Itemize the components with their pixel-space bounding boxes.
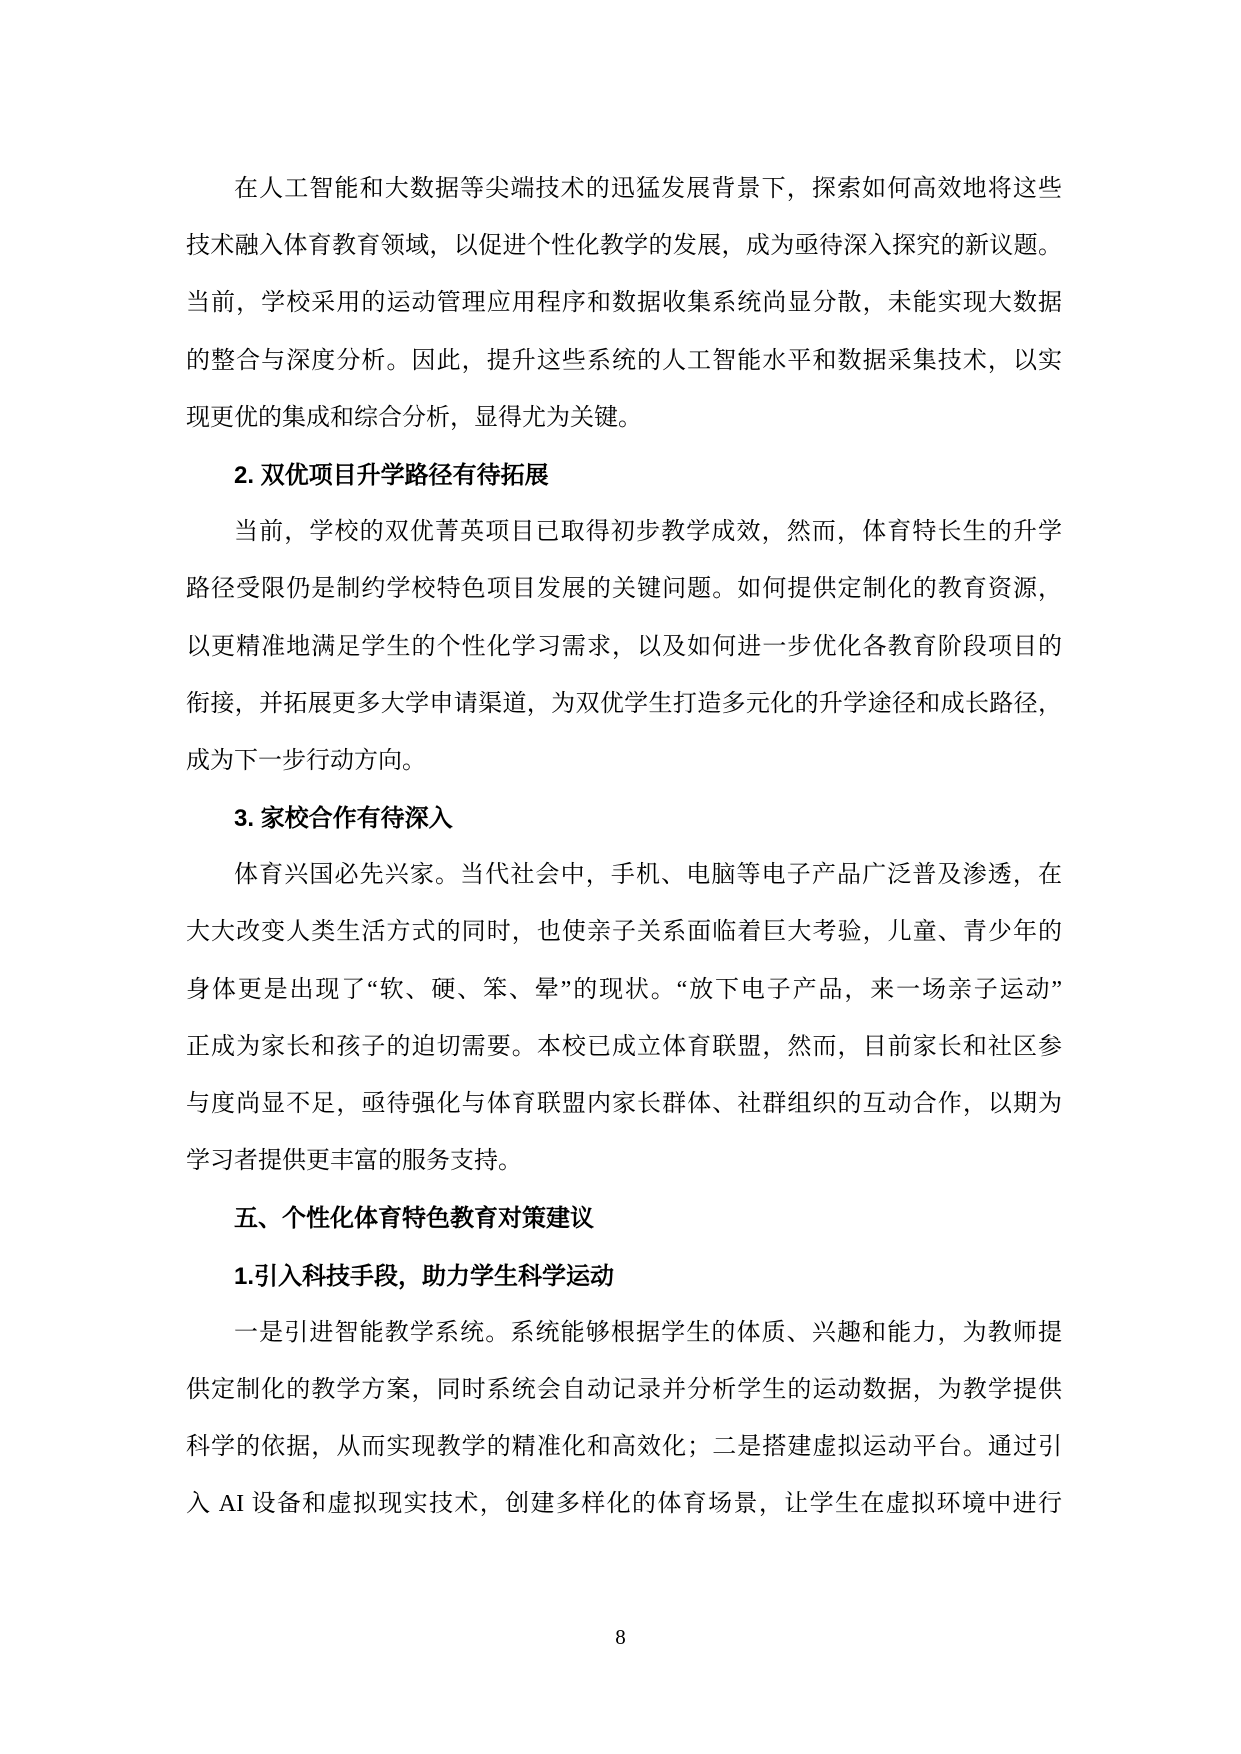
text-line: 路径受限仍是制约学校特色项目发展的关键问题。如何提供定制化的教育资源， xyxy=(186,561,1062,618)
text-line: 正成为家长和孩子的迫切需要。本校已成立体育联盟，然而，目前家长和社区参 xyxy=(186,1019,1062,1076)
paragraph-smart-teaching-system: 一是引进智能教学系统。系统能够根据学生的体质、兴趣和能力，为教师提供定制化的教学… xyxy=(186,1305,1062,1534)
text-line: 技术融入体育教育领域，以促进个性化教学的发展，成为亟待深入探究的新议题。 xyxy=(186,218,1062,275)
text-line: 体育兴国必先兴家。当代社会中，手机、电脑等电子产品广泛普及渗透，在 xyxy=(186,847,1062,904)
heading-line: 2. 双优项目升学路径有待拓展 xyxy=(186,447,1062,504)
document-page: 在人工智能和大数据等尖端技术的迅猛发展背景下，探索如何高效地将这些技术融入体育教… xyxy=(0,0,1241,1754)
heading-line: 1.引入科技手段，助力学生科学运动 xyxy=(186,1248,1062,1305)
heading-2-dual-excellence-pathway: 2. 双优项目升学路径有待拓展 xyxy=(186,447,1062,504)
text-line: 入 AI 设备和虚拟现实技术，创建多样化的体育场景，让学生在虚拟环境中进行 xyxy=(186,1476,1062,1533)
page-number: 8 xyxy=(0,1622,1241,1652)
text-line: 的整合与深度分析。因此，提升这些系统的人工智能水平和数据采集技术，以实 xyxy=(186,333,1062,390)
text-line: 成为下一步行动方向。 xyxy=(186,733,1062,790)
text-line: 一是引进智能教学系统。系统能够根据学生的体质、兴趣和能力，为教师提 xyxy=(186,1305,1062,1362)
text-line: 学习者提供更丰富的服务支持。 xyxy=(186,1133,1062,1190)
text-line: 与度尚显不足，亟待强化与体育联盟内家长群体、社群组织的互动合作，以期为 xyxy=(186,1076,1062,1133)
page-text: 在人工智能和大数据等尖端技术的迅猛发展背景下，探索如何高效地将这些技术融入体育教… xyxy=(186,161,1062,1534)
text-line: 衔接，并拓展更多大学申请渠道，为双优学生打造多元化的升学途径和成长路径， xyxy=(186,676,1062,733)
text-line: 当前，学校的双优菁英项目已取得初步教学成效，然而，体育特长生的升学 xyxy=(186,504,1062,561)
paragraph-ai-bigdata-background: 在人工智能和大数据等尖端技术的迅猛发展背景下，探索如何高效地将这些技术融入体育教… xyxy=(186,161,1062,447)
paragraph-dual-excellence-detail: 当前，学校的双优菁英项目已取得初步教学成效，然而，体育特长生的升学路径受限仍是制… xyxy=(186,504,1062,790)
paragraph-home-school-detail: 体育兴国必先兴家。当代社会中，手机、电脑等电子产品广泛普及渗透，在大大改变人类生… xyxy=(186,847,1062,1190)
text-line: 供定制化的教学方案，同时系统会自动记录并分析学生的运动数据，为教学提供 xyxy=(186,1362,1062,1419)
text-line: 当前，学校采用的运动管理应用程序和数据收集系统尚显分散，未能实现大数据 xyxy=(186,275,1062,332)
text-line: 以更精准地满足学生的个性化学习需求，以及如何进一步优化各教育阶段项目的 xyxy=(186,619,1062,676)
heading-line: 3. 家校合作有待深入 xyxy=(186,790,1062,847)
text-line: 科学的依据，从而实现教学的精准化和高效化；二是搭建虚拟运动平台。通过引 xyxy=(186,1419,1062,1476)
text-line: 大大改变人类生活方式的同时，也使亲子关系面临着巨大考验，儿童、青少年的 xyxy=(186,904,1062,961)
text-line: 身体更是出现了“软、硬、笨、晕”的现状。“放下电子产品，来一场亲子运动” xyxy=(186,962,1062,1019)
heading-5-countermeasures: 五、个性化体育特色教育对策建议 xyxy=(186,1190,1062,1247)
heading-line: 五、个性化体育特色教育对策建议 xyxy=(186,1190,1062,1247)
text-line: 现更优的集成和综合分析，显得尤为关键。 xyxy=(186,390,1062,447)
heading-3-home-school-cooperation: 3. 家校合作有待深入 xyxy=(186,790,1062,847)
heading-1-technology-means: 1.引入科技手段，助力学生科学运动 xyxy=(186,1248,1062,1305)
text-line: 在人工智能和大数据等尖端技术的迅猛发展背景下，探索如何高效地将这些 xyxy=(186,161,1062,218)
